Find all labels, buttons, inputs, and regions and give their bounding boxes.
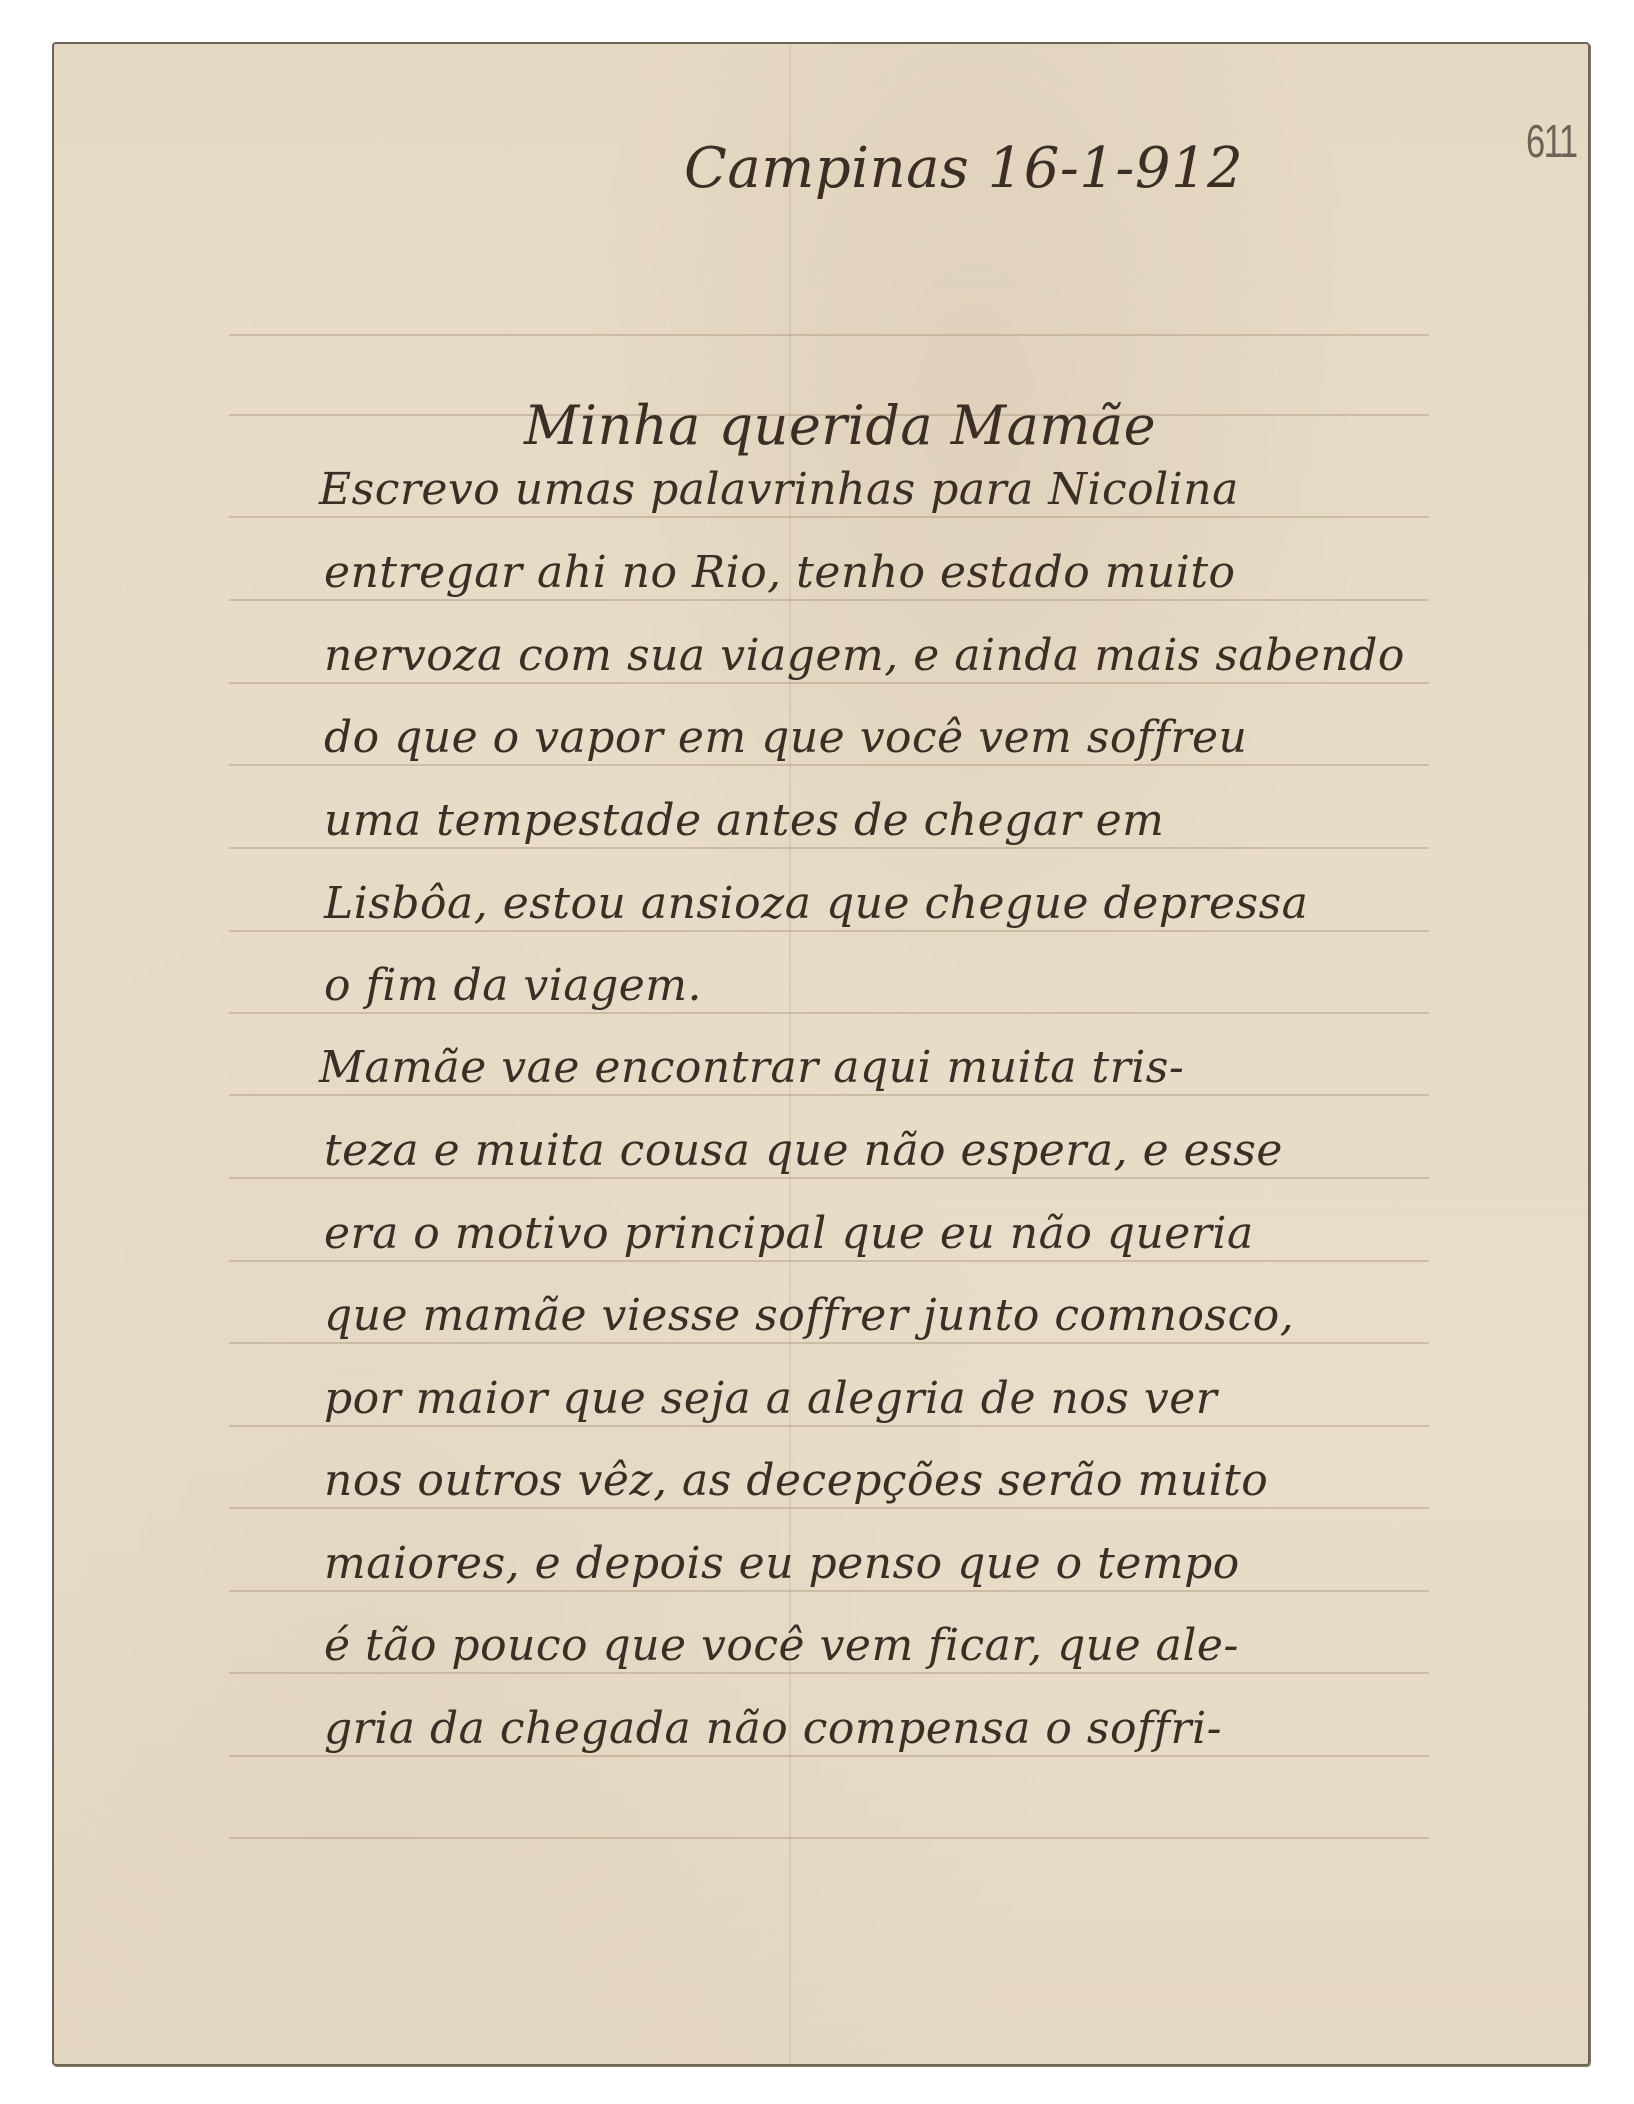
- letter-line: nervoza com sua viagem, e ainda mais sab…: [324, 630, 1405, 681]
- letter-line: maiores, e depois eu penso que o tempo: [324, 1538, 1240, 1589]
- salutation: Minha querida Mamãe: [524, 394, 1156, 457]
- ruled-line: [229, 1012, 1429, 1014]
- ruled-line: [229, 847, 1429, 849]
- ruled-line: [229, 1590, 1429, 1592]
- ruled-line: [229, 599, 1429, 601]
- ruled-line: [229, 1425, 1429, 1427]
- letter-line: uma tempestade antes de chegar em: [324, 795, 1164, 846]
- archive-number: 611: [1526, 114, 1577, 168]
- ruled-line: [229, 1755, 1429, 1757]
- letter-line: por maior que seja a alegria de nos ver: [324, 1373, 1217, 1424]
- ruled-line: [229, 1260, 1429, 1262]
- letter-line: que mamãe viesse soffrer junto comnosco,: [324, 1290, 1294, 1341]
- ruled-line: [229, 1177, 1429, 1179]
- letter-line: nos outros vêz, as decepções serão muito: [324, 1455, 1268, 1506]
- ruled-line: [229, 1342, 1429, 1344]
- ruled-line: [229, 1837, 1429, 1839]
- letter-line: gria da chegada não compensa o soffri-: [324, 1703, 1222, 1754]
- ruled-line: [229, 516, 1429, 518]
- ruled-line: [229, 682, 1429, 684]
- ruled-line: [229, 334, 1429, 336]
- letter-line: era o motivo principal que eu não queria: [324, 1208, 1254, 1259]
- letter-line: entregar ahi no Rio, tenho estado muito: [324, 547, 1236, 598]
- place-date: Campinas 16-1-912: [684, 136, 1243, 201]
- ruled-line: [229, 1507, 1429, 1509]
- ruled-line: [229, 1094, 1429, 1096]
- letter-line: do que o vapor em que você vem soffreu: [324, 712, 1247, 763]
- letter-line: Lisbôa, estou ansioza que chegue depress…: [324, 878, 1308, 929]
- ruled-line: [229, 1672, 1429, 1674]
- ruled-line: [229, 930, 1429, 932]
- letter-line: é tão pouco que você vem ficar, que ale-: [324, 1620, 1239, 1671]
- letter-line: Escrevo umas palavrinhas para Nicolina: [319, 464, 1239, 515]
- ruled-line: [229, 764, 1429, 766]
- letter-line: teza e muita cousa que não espera, e ess…: [324, 1125, 1283, 1176]
- letter-line: Mamãe vae encontrar aqui muita tris-: [319, 1042, 1184, 1093]
- letter-page: 611 Campinas 16-1-912 Minha querida Mamã…: [52, 42, 1590, 2066]
- letter-line: o fim da viagem.: [324, 960, 702, 1011]
